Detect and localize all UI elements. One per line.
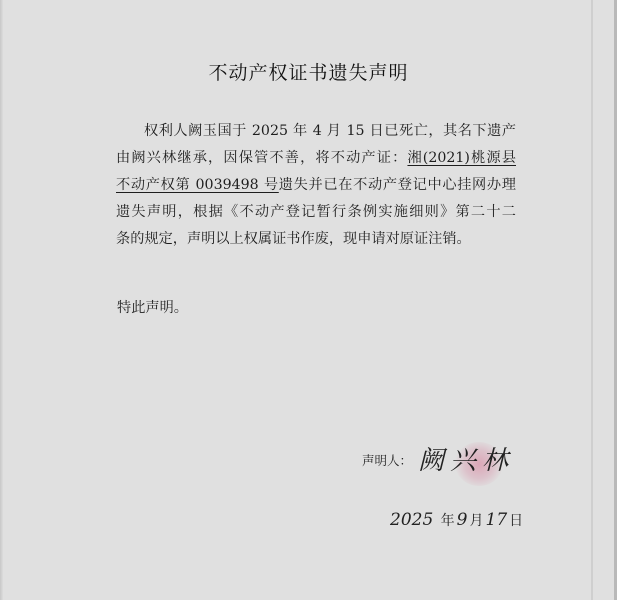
body-line-4: 遗失声明，根据《不动产登记暂行条例实施细则》第二十二 — [116, 199, 516, 226]
date-day: 17 — [486, 510, 508, 530]
body-line-1: 权利人阙玉国于 2025 年 4 月 15 日已死亡，其名下遗产 — [116, 118, 516, 145]
handwritten-signature: 阙兴林 — [418, 440, 514, 477]
date-day-unit: 日 — [509, 513, 523, 529]
body-line-2-text: 由阙兴林继承，因保管不善，将不动产证： — [116, 150, 407, 166]
handwritten-date: 2025 年9月17日 — [390, 510, 525, 530]
date-year: 2025 — [390, 510, 433, 530]
statement-body: 权利人阙玉国于 2025 年 4 月 15 日已死亡，其名下遗产 由阙兴林继承，… — [116, 118, 516, 253]
date-month: 9 — [457, 510, 468, 530]
signer-label: 声明人： — [362, 451, 412, 469]
body-line-2: 由阙兴林继承，因保管不善，将不动产证：湘(2021)桃源县 — [116, 145, 516, 172]
date-year-unit: 年 — [441, 513, 455, 529]
certificate-number-part1: 湘(2021)桃源县 — [407, 150, 516, 166]
body-line-3-text: 遗失并已在不动产登记中心挂网办理 — [279, 177, 516, 193]
date-month-unit: 月 — [470, 513, 484, 529]
page-fold-line — [591, 0, 593, 600]
certificate-number-part2: 不动产权第 0039498 号 — [116, 177, 279, 193]
closing-statement: 特此声明。 — [117, 297, 188, 317]
page-edge-left — [0, 0, 3, 600]
document-title: 不动产权证书遗失声明 — [0, 58, 617, 85]
body-line-3: 不动产权第 0039498 号遗失并已在不动产登记中心挂网办理 — [116, 172, 516, 199]
body-line-5: 条的规定，声明以上权属证书作废，现申请对原证注销。 — [116, 226, 516, 253]
